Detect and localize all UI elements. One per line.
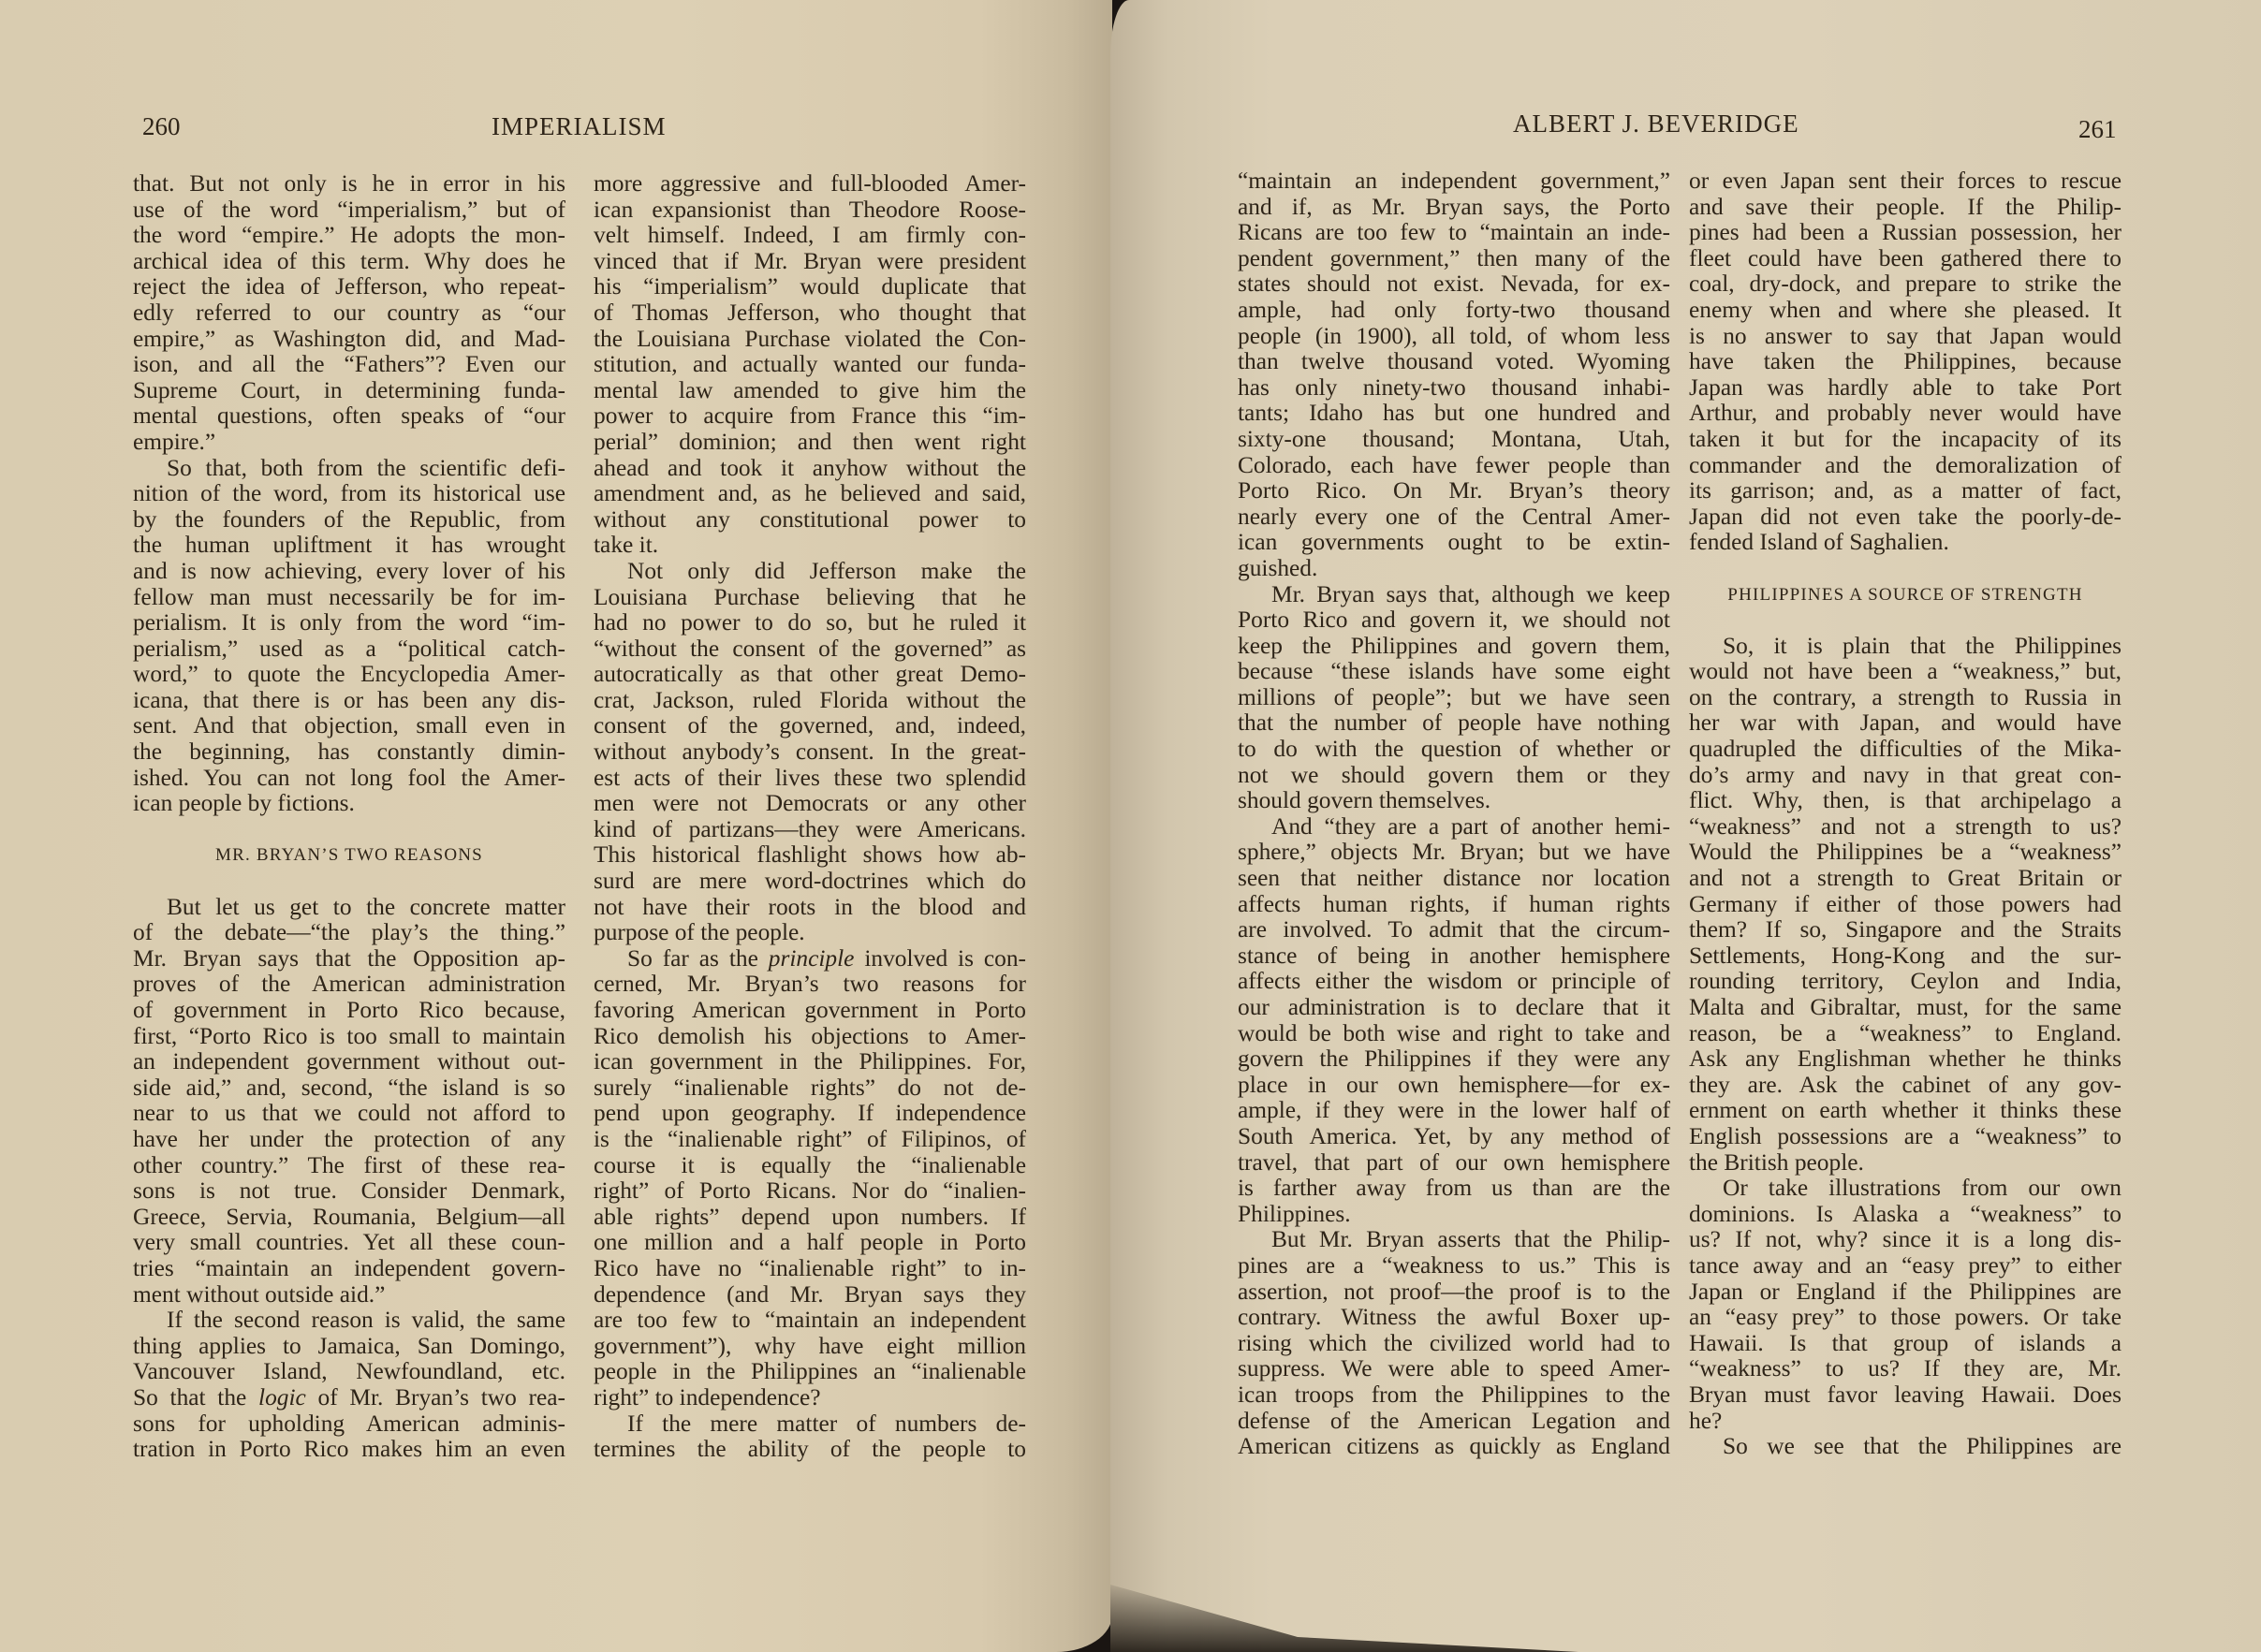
text-line: “weakness” to us? If they are, Mr. — [1689, 1356, 2122, 1382]
section-spacer — [1689, 556, 2122, 582]
text-line: perialism,” used as a “political catch- — [133, 636, 565, 663]
text-line: that. But not only is he in error in his — [133, 171, 565, 197]
right-column-2: or even Japan sent their forces to rescu… — [1689, 168, 2122, 1460]
text-line: them? If so, Singapore and the Straits — [1689, 917, 2122, 943]
text-line: right” to independence? — [594, 1385, 1026, 1411]
text-line: ison, and all the “Fathers”? Even our — [133, 352, 565, 378]
text-line: than twelve thousand voted. Wyoming — [1238, 349, 1670, 375]
text-line: Porto Rico and govern it, we should not — [1238, 607, 1670, 634]
text-line: consent of the governed, and, indeed, — [594, 713, 1026, 739]
text-line: and save their people. If the Philip- — [1689, 195, 2122, 221]
text-line: contrary. Witness the awful Boxer up- — [1238, 1305, 1670, 1331]
text-line: mental law amended to give him the — [594, 378, 1026, 404]
text-line: est acts of their lives these two splend… — [594, 766, 1026, 792]
text-line: American citizens as quickly as England — [1238, 1434, 1670, 1460]
text-line: an “easy prey” to those powers. Or take — [1689, 1305, 2122, 1331]
text-line: states should not exist. Nevada, for ex- — [1238, 271, 1670, 298]
text-line: Hawaii. Is that group of islands a — [1689, 1331, 2122, 1357]
text-line: more aggressive and full-blooded Amer- — [594, 171, 1026, 197]
text-line: And “they are a part of another hemi- — [1238, 814, 1670, 841]
text-line: or even Japan sent their forces to rescu… — [1689, 168, 2122, 195]
text-line: reason, be a “weakness” to England. — [1689, 1021, 2122, 1047]
text-line: because “these islands have some eight — [1238, 659, 1670, 685]
text-line: dependence (and Mr. Bryan says they — [594, 1282, 1026, 1308]
page-number-right: 261 — [2078, 115, 2117, 144]
text-line: Ask any Englishman whether he thinks — [1689, 1046, 2122, 1073]
text-line: purpose of the people. — [594, 920, 1026, 946]
text-line: rounding territory, Ceylon and India, — [1689, 969, 2122, 995]
text-line: Not only did Jefferson make the — [594, 559, 1026, 585]
text-line: government”), why have eight million — [594, 1334, 1026, 1360]
text-line: South America. Yet, by any method of — [1238, 1124, 1670, 1150]
text-line: take it. — [594, 533, 1026, 559]
text-line: Porto Rico. On Mr. Bryan’s theory — [1238, 478, 1670, 504]
left-page: 260 IMPERIALISM that. But not only is he… — [0, 0, 1112, 1652]
text-line: stance of being in another hemisphere — [1238, 943, 1670, 970]
text-line: If the second reason is valid, the same — [133, 1308, 565, 1334]
text-line: flict. Why, then, is that archipelago a — [1689, 788, 2122, 814]
text-line: rising which the civilized world had to — [1238, 1331, 1670, 1357]
text-line: by the founders of the Republic, from — [133, 507, 565, 534]
text-line: is farther away from us than are the — [1238, 1176, 1670, 1202]
text-line: Japan did not even take the poorly-de- — [1689, 504, 2122, 531]
text-line: cerned, Mr. Bryan’s two reasons for — [594, 972, 1026, 998]
page-number-left: 260 — [142, 112, 181, 141]
text-line: have her under the protection of any — [133, 1127, 565, 1153]
text-line: affects either the wisdom or principle o… — [1238, 969, 1670, 995]
text-line: that the number of people have nothing — [1238, 710, 1670, 737]
text-line: assertion, not proof—the proof is to the — [1238, 1279, 1670, 1306]
text-line: tants; Idaho has but one hundred and — [1238, 401, 1670, 427]
text-line: Vancouver Island, Newfoundland, etc. — [133, 1359, 565, 1385]
text-line: have taken the Philippines, because — [1689, 349, 2122, 375]
text-line: archical idea of this term. Why does he — [133, 249, 565, 275]
text-line: icana, that there is or has been any dis… — [133, 688, 565, 714]
text-line: people in the Philippines an “inalienabl… — [594, 1359, 1026, 1385]
text-line: ican government in the Philippines. For, — [594, 1049, 1026, 1075]
text-line: are too few to “maintain an independent — [594, 1308, 1026, 1334]
text-line: near to us that we could not afford to — [133, 1101, 565, 1127]
text-line: govern the Philippines if they were any — [1238, 1046, 1670, 1073]
section-spacer — [1689, 607, 2122, 634]
text-line: Mr. Bryan says that the Opposition ap- — [133, 946, 565, 972]
text-line: tries “maintain an independent govern- — [133, 1256, 565, 1282]
text-line: the beginning, has constantly dimin- — [133, 739, 565, 766]
text-line: Or take illustrations from our own — [1689, 1176, 2122, 1202]
text-line: fellow man must necessarily be for im- — [133, 585, 565, 611]
text-line: Rico demolish his objections to Amer- — [594, 1024, 1026, 1050]
text-line: Rico have no “inalienable right” to in- — [594, 1256, 1026, 1282]
text-line: So that, both from the scientific defi- — [133, 456, 565, 482]
text-line: Arthur, and probably never would have — [1689, 401, 2122, 427]
text-line: side aid,” and, second, “the island is s… — [133, 1075, 565, 1102]
right-page: ALBERT J. BEVERIDGE 261 “maintain an ind… — [1110, 0, 2261, 1652]
text-line: of government in Porto Rico because, — [133, 998, 565, 1024]
text-line: enemy when and where she pleased. It — [1689, 298, 2122, 324]
text-line: ican people by fictions. — [133, 791, 565, 817]
text-line: “maintain an independent government,” — [1238, 168, 1670, 195]
text-line: pendent government,” then many of the — [1238, 246, 1670, 272]
text-line: perialism. It is only from the word “im- — [133, 610, 565, 636]
section-heading: PHILIPPINES A SOURCE OF STRENGTH — [1689, 582, 2122, 608]
text-line: amendment and, as he believed and said, — [594, 481, 1026, 507]
text-line: commander and the demoralization of — [1689, 453, 2122, 479]
text-line: fleet could have been gathered there to — [1689, 246, 2122, 272]
text-line: right” of Porto Ricans. Nor do “inalien- — [594, 1178, 1026, 1205]
section-spacer — [133, 817, 565, 843]
text-line: quadrupled the difficulties of the Mika- — [1689, 737, 2122, 763]
text-line: of the debate—“the play’s the thing.” — [133, 920, 565, 946]
text-line: sons is not true. Consider Denmark, — [133, 1178, 565, 1205]
text-line: very small countries. Yet all these coun… — [133, 1230, 565, 1256]
text-line: So, it is plain that the Philippines — [1689, 634, 2122, 660]
text-line: Settlements, Hong-Kong and the sur- — [1689, 943, 2122, 970]
text-line: ished. You can not long fool the Amer- — [133, 766, 565, 792]
text-line: dominions. Is Alaska a “weakness” to — [1689, 1202, 2122, 1228]
text-line: So far as the principle involved is con- — [594, 946, 1026, 972]
text-line: the British people. — [1689, 1150, 2122, 1177]
text-line: use of the word “imperialism,” but of — [133, 197, 565, 224]
text-line: should govern themselves. — [1238, 788, 1670, 814]
text-line: tance away and an “easy prey” to either — [1689, 1253, 2122, 1279]
text-line: power to acquire from France this “im- — [594, 403, 1026, 430]
text-line: ican troops from the Philippines to the — [1238, 1382, 1670, 1409]
text-line: fended Island of Saghalien. — [1689, 530, 2122, 556]
text-line: vinced that if Mr. Bryan were president — [594, 249, 1026, 275]
text-line: do’s army and navy in that great con- — [1689, 763, 2122, 789]
text-line: are involved. To admit that the circum- — [1238, 917, 1670, 943]
text-line: they are. Ask the cabinet of any gov- — [1689, 1073, 2122, 1099]
text-line: and not a strength to Great Britain or — [1689, 866, 2122, 892]
text-line: suppress. We were able to speed Amer- — [1238, 1356, 1670, 1382]
text-line: the Louisiana Purchase violated the Con- — [594, 327, 1026, 353]
text-line: place in our own hemisphere—for ex- — [1238, 1073, 1670, 1099]
text-line: pend upon geography. If independence — [594, 1101, 1026, 1127]
text-line: Japan or England if the Philippines are — [1689, 1279, 2122, 1306]
text-line: nition of the word, from its historical … — [133, 481, 565, 507]
text-line: keep the Philippines and govern them, — [1238, 634, 1670, 660]
text-line: thing applies to Jamaica, San Domingo, — [133, 1334, 565, 1360]
text-line: he? — [1689, 1409, 2122, 1435]
text-line: kind of partizans—they were Americans. — [594, 817, 1026, 843]
text-line: affects human rights, if human rights — [1238, 892, 1670, 918]
text-line: defense of the American Legation and — [1238, 1409, 1670, 1435]
text-line: Mr. Bryan says that, although we keep — [1238, 582, 1670, 608]
text-line: termines the ability of the people to — [594, 1437, 1026, 1463]
text-line: Japan was hardly able to take Port — [1689, 375, 2122, 402]
text-line: favoring American government in Porto — [594, 998, 1026, 1024]
text-line: taken it but for the incapacity of its — [1689, 427, 2122, 453]
text-line: to do with the question of whether or — [1238, 737, 1670, 763]
text-line: seen that neither distance nor location — [1238, 866, 1670, 892]
text-line: sphere,” objects Mr. Bryan; but we have — [1238, 840, 1670, 866]
text-line: “without the consent of the governed” as — [594, 636, 1026, 663]
text-line: ample, if they were in the lower half of — [1238, 1098, 1670, 1124]
text-line: guished. — [1238, 556, 1670, 582]
text-line: empire,” as Washington did, and Mad- — [133, 327, 565, 353]
text-line: Philippines. — [1238, 1202, 1670, 1228]
text-line: empire.” — [133, 430, 565, 456]
text-line: sent. And that objection, small even in — [133, 713, 565, 739]
right-column-1: “maintain an independent government,”and… — [1238, 168, 1670, 1460]
text-line: “weakness” and not a strength to us? — [1689, 814, 2122, 841]
text-line: But Mr. Bryan asserts that the Philip- — [1238, 1227, 1670, 1253]
text-line: an independent government without out- — [133, 1049, 565, 1075]
text-line: Bryan must favor leaving Hawaii. Does — [1689, 1382, 2122, 1409]
section-heading: MR. BRYAN’S TWO REASONS — [133, 842, 565, 869]
text-line: would not have been a “weakness,” but, — [1689, 659, 2122, 685]
text-line: velt himself. Indeed, I am firmly con- — [594, 223, 1026, 249]
text-line: tration in Porto Rico makes him an even — [133, 1437, 565, 1463]
text-line: ernment on earth whether it thinks these — [1689, 1098, 2122, 1124]
text-line: able rights” depend upon numbers. If — [594, 1205, 1026, 1231]
text-line: So we see that the Philippines are — [1689, 1434, 2122, 1460]
text-line: on the contrary, a strength to Russia in — [1689, 685, 2122, 711]
text-line: Greece, Servia, Roumania, Belgium—all — [133, 1205, 565, 1231]
text-line: sixty-one thousand; Montana, Utah, — [1238, 427, 1670, 453]
text-line: has only ninety-two thousand inhabi- — [1238, 375, 1670, 402]
text-line: Would the Philippines be a “weakness” — [1689, 840, 2122, 866]
text-line: not have their roots in the blood and — [594, 895, 1026, 921]
text-line: without anybody’s consent. In the great- — [594, 739, 1026, 766]
text-line: Germany if either of those powers had — [1689, 892, 2122, 918]
text-line: ment without outside aid.” — [133, 1282, 565, 1308]
text-line: nearly every one of the Central Amer- — [1238, 504, 1670, 531]
text-line: one million and a half people in Porto — [594, 1230, 1026, 1256]
text-line: of Thomas Jefferson, who thought that — [594, 300, 1026, 327]
text-line: If the mere matter of numbers de- — [594, 1411, 1026, 1438]
text-line: pines had been a Russian possession, her — [1689, 220, 2122, 246]
section-spacer — [133, 869, 565, 895]
text-line: stitution, and actually wanted our funda… — [594, 352, 1026, 378]
text-line: not we should govern them or they — [1238, 763, 1670, 789]
text-line: without any constitutional power to — [594, 507, 1026, 534]
text-line: millions of people”; but we have seen — [1238, 685, 1670, 711]
text-line: people (in 1900), all told, of whom less — [1238, 324, 1670, 350]
text-line: sons for upholding American adminis- — [133, 1411, 565, 1438]
text-line: This historical flashlight shows how ab- — [594, 842, 1026, 869]
text-line: Louisiana Purchase believing that he — [594, 585, 1026, 611]
text-line: mental questions, often speaks of “our — [133, 403, 565, 430]
text-line: her war with Japan, and would have — [1689, 710, 2122, 737]
text-line: word,” to quote the Encyclopedia Amer- — [133, 662, 565, 688]
text-line: Malta and Gibraltar, must, for the same — [1689, 995, 2122, 1021]
text-line: our administration is to declare that it — [1238, 995, 1670, 1021]
text-line: Supreme Court, in determining funda- — [133, 378, 565, 404]
text-line: the word “empire.” He adopts the mon- — [133, 223, 565, 249]
text-line: coal, dry-dock, and prepare to strike th… — [1689, 271, 2122, 298]
text-line: had no power to do so, but he ruled it — [594, 610, 1026, 636]
text-line: course it is equally the “inalienable — [594, 1153, 1026, 1179]
text-line: ample, had only forty-two thousand — [1238, 298, 1670, 324]
text-line: autocratically as that other great Demo- — [594, 662, 1026, 688]
text-line: its garrison; and, as a matter of fact, — [1689, 478, 2122, 504]
text-line: edly referred to our country as “our — [133, 300, 565, 327]
text-line: his “imperialism” would duplicate that — [594, 274, 1026, 300]
left-column-1: that. But not only is he in error in his… — [133, 171, 565, 1463]
text-line: But let us get to the concrete matter — [133, 895, 565, 921]
text-line: surd are mere word-doctrines which do — [594, 869, 1026, 895]
text-line: surely “inalienable rights” do not de- — [594, 1075, 1026, 1102]
text-line: ican governments ought to be extin- — [1238, 530, 1670, 556]
text-line: would be both wise and right to take and — [1238, 1021, 1670, 1047]
running-head-left: IMPERIALISM — [492, 112, 667, 141]
text-line: Colorado, each have fewer people than — [1238, 453, 1670, 479]
text-line: proves of the American administration — [133, 972, 565, 998]
text-line: and if, as Mr. Bryan says, the Porto — [1238, 195, 1670, 221]
text-line: other country.” The first of these rea- — [133, 1153, 565, 1179]
text-line: first, “Porto Rico is too small to maint… — [133, 1024, 565, 1050]
text-line: So that the logic of Mr. Bryan’s two rea… — [133, 1385, 565, 1411]
text-line: ican expansionist than Theodore Roose- — [594, 197, 1026, 224]
text-line: reject the idea of Jefferson, who repeat… — [133, 274, 565, 300]
text-line: pines are a “weakness to us.” This is — [1238, 1253, 1670, 1279]
running-head-right: ALBERT J. BEVERIDGE — [1513, 110, 1799, 139]
text-line: ahead and took it anyhow without the — [594, 456, 1026, 482]
text-line: us? If not, why? since it is a long dis- — [1689, 1227, 2122, 1253]
text-line: and is now achieving, every lover of his — [133, 559, 565, 585]
text-line: Ricans are too few to “maintain an inde- — [1238, 220, 1670, 246]
text-line: the human upliftment it has wrought — [133, 533, 565, 559]
text-line: crat, Jackson, ruled Florida without the — [594, 688, 1026, 714]
text-line: is no answer to say that Japan would — [1689, 324, 2122, 350]
text-line: is the “inalienable right” of Filipinos,… — [594, 1127, 1026, 1153]
text-line: English possessions are a “weakness” to — [1689, 1124, 2122, 1150]
text-line: travel, that part of our own hemisphere — [1238, 1150, 1670, 1177]
text-line: perial” dominion; and then went right — [594, 430, 1026, 456]
text-line: men were not Democrats or any other — [594, 791, 1026, 817]
left-column-2: more aggressive and full-blooded Amer-ic… — [594, 171, 1026, 1463]
